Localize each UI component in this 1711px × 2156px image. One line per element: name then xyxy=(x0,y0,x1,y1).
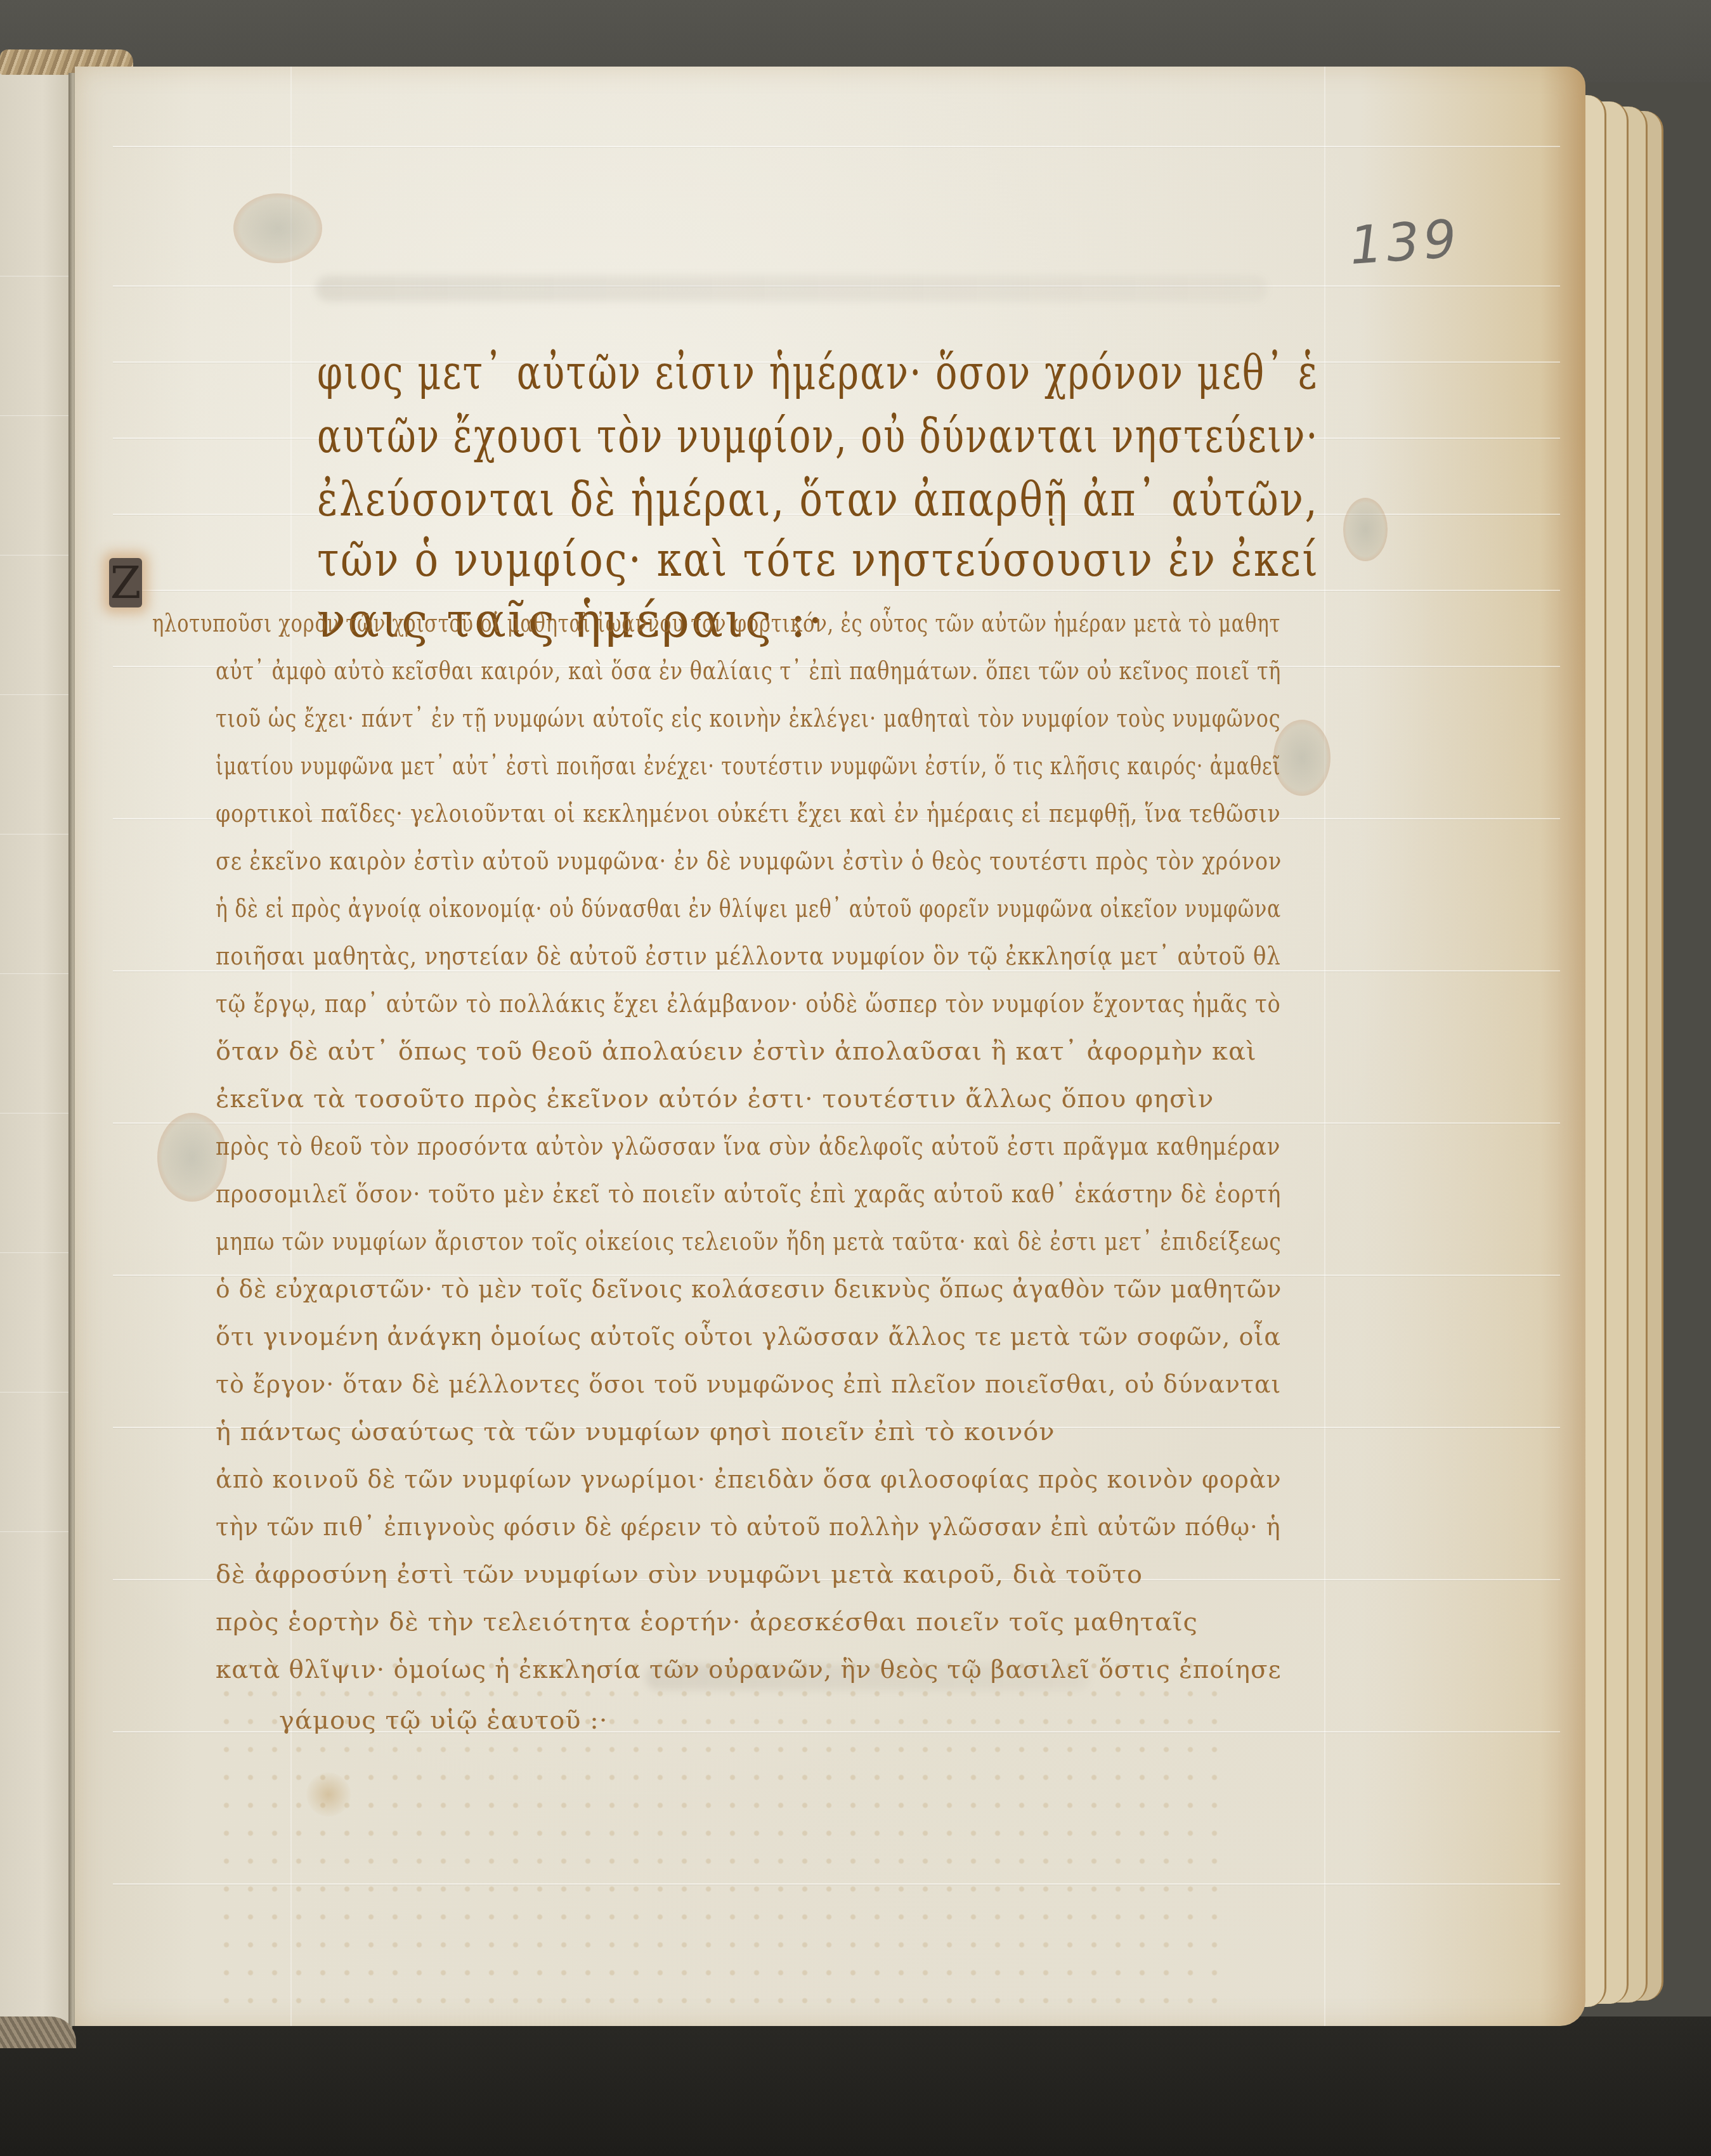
commentary-line: γάμους τῷ υἱῷ ἑαυτοῦ :· xyxy=(279,1706,608,1735)
commentary-line: σε ἐκεῖνο καιρὸν ἐστὶν αὐτοῦ νυμφῶνα· ἐν… xyxy=(216,847,1282,876)
commentary-line: πρὸς τὸ θεοῦ τὸν προσόντα αὐτὸν γλῶσσαν … xyxy=(216,1132,1280,1161)
commentary-line: αὐτ᾽ ἀμφὸ αὐτὸ κεῖσθαι καιρόν, καὶ ὅσα ἐ… xyxy=(216,656,1281,685)
commentary-line: πρὸς ἑορτὴν δὲ τὴν τελειότητα ἑορτήν· ἀρ… xyxy=(216,1607,1198,1637)
commentary-line: δὲ ἀφροσύνη ἐστὶ τῶν νυμφίων σὺν νυμφῶνι… xyxy=(216,1560,1143,1589)
commentary-line: ποιῆσαι μαθητὰς, νηστείαν δὲ αὐτοῦ ἐστιν… xyxy=(216,942,1281,971)
commentary-line: μηπω τῶν νυμφίων ἄριστον τοῖς οἰκείοις τ… xyxy=(216,1227,1282,1256)
commentary-line: τὴν τῶν πιθ᾽ ἐπιγνοὺς φόσιν δὲ φέρειν τὸ… xyxy=(216,1512,1281,1542)
commentary-line: ἐκεῖνα τὰ τοσοῦτο πρὸς ἐκεῖνον αὐτόν ἐστ… xyxy=(216,1084,1214,1114)
commentary-line: κατὰ θλῖψιν· ὁμοίως ἡ ἐκκλησία τῶν οὐραν… xyxy=(216,1655,1282,1684)
commentary-line: ἡ πάντως ὡσαύτως τὰ τῶν νυμφίων φησὶ ποι… xyxy=(216,1417,1055,1446)
commentary-line: ὅταν δὲ αὐτ᾽ ὅπως τοῦ θεοῦ ἀπολαύειν ἐστ… xyxy=(216,1037,1257,1066)
commentary-line: ἱματίου νυμφῶνα μετ᾽ αὐτ᾽ ἐστὶ ποιῆσαι ἐ… xyxy=(216,751,1280,781)
commentary-line: ἡ δὲ εἰ πρὸς ἀγνοίᾳ οἰκονομίᾳ· οὐ δύνασθ… xyxy=(216,894,1281,923)
commentary-line: ὅτι γινομένη ἀνάγκη ὁμοίως αὐτοῖς οὗτοι … xyxy=(216,1322,1281,1351)
commentary-line: τὸ ἔργον· ὅταν δὲ μέλλοντες ὅσοι τοῦ νυμ… xyxy=(216,1370,1281,1399)
commentary-line: φορτικοὶ παῖδες· γελοιοῦνται οἱ κεκλημέν… xyxy=(216,799,1281,828)
commentary-line: ἀπὸ κοινοῦ δὲ τῶν νυμφίων γνωρίμοι· ἐπει… xyxy=(216,1465,1282,1494)
commentary-text-block: ηλοτυποῦσι χορὸν τῶν χριστοῦ οἱ μαθηταὶ … xyxy=(0,0,1711,2156)
commentary-line: ὁ δὲ εὐχαριστῶν· τὸ μὲν τοῖς δεῖνοις κολ… xyxy=(216,1275,1282,1304)
commentary-line: ηλοτυποῦσι χορὸν τῶν χριστοῦ οἱ μαθηταὶ … xyxy=(152,609,1280,638)
commentary-line: τῷ ἔργῳ, παρ᾽ αὐτῶν τὸ πολλάκις ἔχει ἐλά… xyxy=(216,989,1281,1018)
commentary-line: προσομιλεῖ ὅσον· τοῦτο μὲν ἐκεῖ τὸ ποιεῖ… xyxy=(216,1179,1281,1209)
commentary-line: τιοῦ ὡς ἔχει· πάντ᾽ ἐν τῇ νυμφώνι αὐτοῖς… xyxy=(216,704,1280,733)
